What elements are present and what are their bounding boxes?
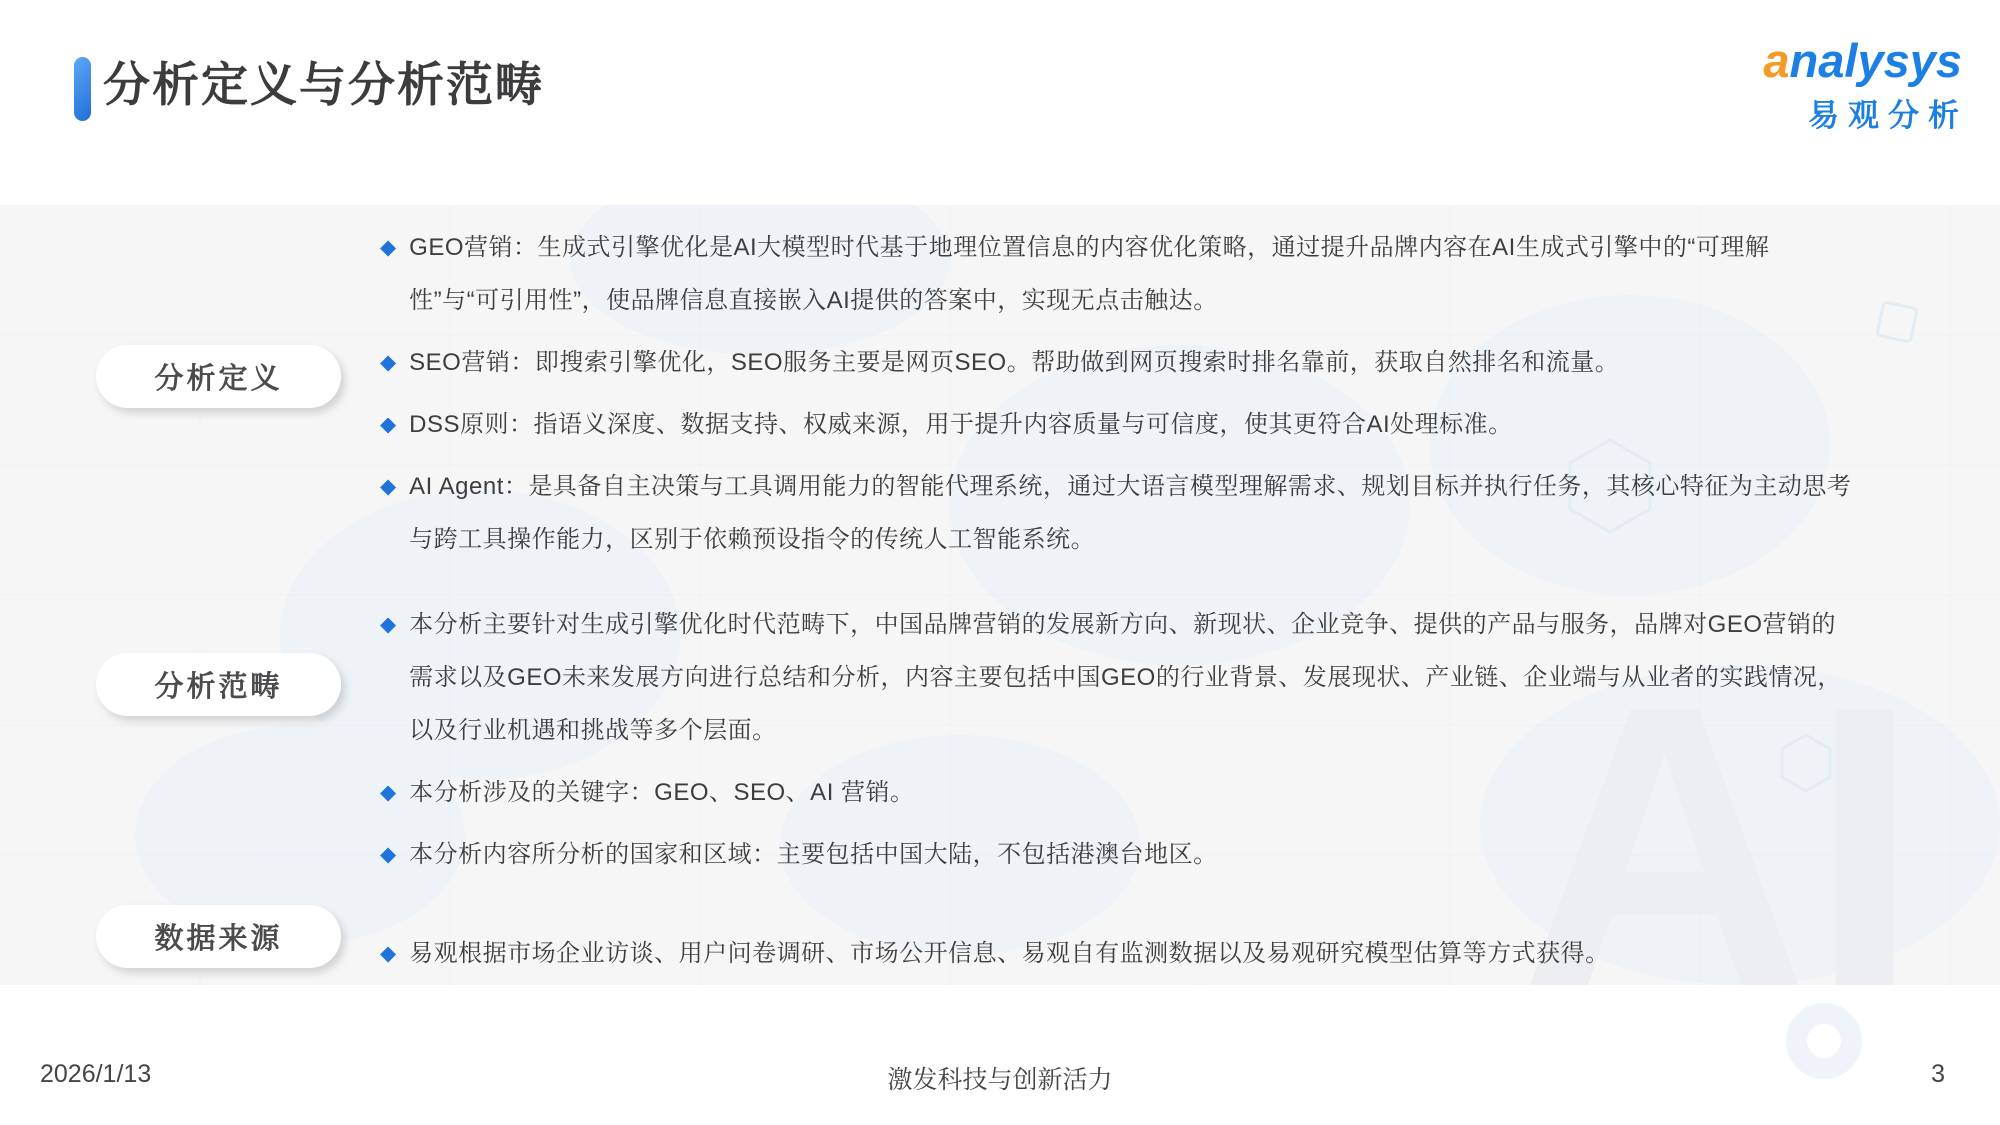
logo-chinese-name: 易观分析 (1763, 90, 1968, 135)
bullet-text: AI Agent：是具备自主决策与工具调用能力的智能代理系统，通过大语言模型理解… (409, 460, 1855, 566)
diamond-bullet-icon: ◆ (380, 460, 396, 513)
bullet-text: GEO营销：生成式引擎优化是AI大模型时代基于地理位置信息的内容优化策略，通过提… (409, 221, 1855, 327)
bullet-item: ◆ DSS原则：指语义深度、数据支持、权威来源，用于提升内容质量与可信度，使其更… (380, 398, 1855, 451)
bullet-text: DSS原则：指语义深度、数据支持、权威来源，用于提升内容质量与可信度，使其更符合… (409, 398, 1513, 451)
footer-slogan: 激发科技与创新活力 (0, 1060, 2000, 1096)
bullet-text: SEO营销：即搜索引擎优化，SEO服务主要是网页SEO。帮助做到网页搜索时排名靠… (409, 336, 1619, 389)
bullet-text: 本分析内容所分析的国家和区域：主要包括中国大陆，不包括港澳台地区。 (409, 828, 1218, 881)
presentation-slide: 分析定义与分析范畴 analysys 易观分析 AI (0, 0, 2000, 1125)
section-label-data-source: 数据来源 (96, 905, 341, 968)
bullet-text: 易观根据市场企业访谈、用户问卷调研、市场公开信息、易观自有监测数据以及易观研究模… (409, 927, 1610, 980)
analysis-scope-bullets: ◆ 本分析主要针对生成引擎优化时代范畴下，中国品牌营销的发展新方向、新现状、企业… (380, 598, 1855, 890)
analysys-logo: analysys 易观分析 (1763, 36, 1962, 135)
bullet-item: ◆ GEO营销：生成式引擎优化是AI大模型时代基于地理位置信息的内容优化策略，通… (380, 221, 1855, 327)
bullet-text: 本分析涉及的关键字：GEO、SEO、AI 营销。 (409, 766, 914, 819)
diamond-bullet-icon: ◆ (380, 766, 396, 819)
section-label-analysis-definition: 分析定义 (96, 345, 341, 408)
data-source-bullets: ◆ 易观根据市场企业访谈、用户问卷调研、市场公开信息、易观自有监测数据以及易观研… (380, 927, 1855, 989)
bullet-item: ◆ SEO营销：即搜索引擎优化，SEO服务主要是网页SEO。帮助做到网页搜索时排… (380, 336, 1855, 389)
diamond-bullet-icon: ◆ (380, 336, 396, 389)
diamond-bullet-icon: ◆ (380, 828, 396, 881)
bullet-item: ◆ AI Agent：是具备自主决策与工具调用能力的智能代理系统，通过大语言模型… (380, 460, 1855, 566)
bullet-item: ◆ 易观根据市场企业访谈、用户问卷调研、市场公开信息、易观自有监测数据以及易观研… (380, 927, 1855, 980)
diamond-bullet-icon: ◆ (380, 598, 396, 651)
diamond-bullet-icon: ◆ (380, 927, 396, 980)
bullet-item: ◆ 本分析主要针对生成引擎优化时代范畴下，中国品牌营销的发展新方向、新现状、企业… (380, 598, 1855, 757)
slide-header: 分析定义与分析范畴 analysys 易观分析 (0, 0, 2000, 205)
analysis-definition-bullets: ◆ GEO营销：生成式引擎优化是AI大模型时代基于地理位置信息的内容优化策略，通… (380, 221, 1855, 575)
section-label-analysis-scope: 分析范畴 (96, 653, 341, 716)
bullet-item: ◆ 本分析涉及的关键字：GEO、SEO、AI 营销。 (380, 766, 1855, 819)
page-title: 分析定义与分析范畴 (103, 48, 544, 115)
bullet-item: ◆ 本分析内容所分析的国家和区域：主要包括中国大陆，不包括港澳台地区。 (380, 828, 1855, 881)
page-number: 3 (1931, 1060, 1945, 1089)
title-accent-bar (74, 57, 91, 121)
bullet-text: 本分析主要针对生成引擎优化时代范畴下，中国品牌营销的发展新方向、新现状、企业竞争… (409, 598, 1855, 757)
slide-footer: 2026/1/13 激发科技与创新活力 3 (0, 985, 2000, 1125)
content-area: AI 分析定义 分析范畴 数据来源 ◆ GEO营销：生成式引擎优化是AI大模型时… (0, 205, 2000, 985)
diamond-bullet-icon: ◆ (380, 398, 396, 451)
diamond-bullet-icon: ◆ (380, 221, 396, 274)
logo-wordmark: analysys (1763, 36, 1962, 86)
